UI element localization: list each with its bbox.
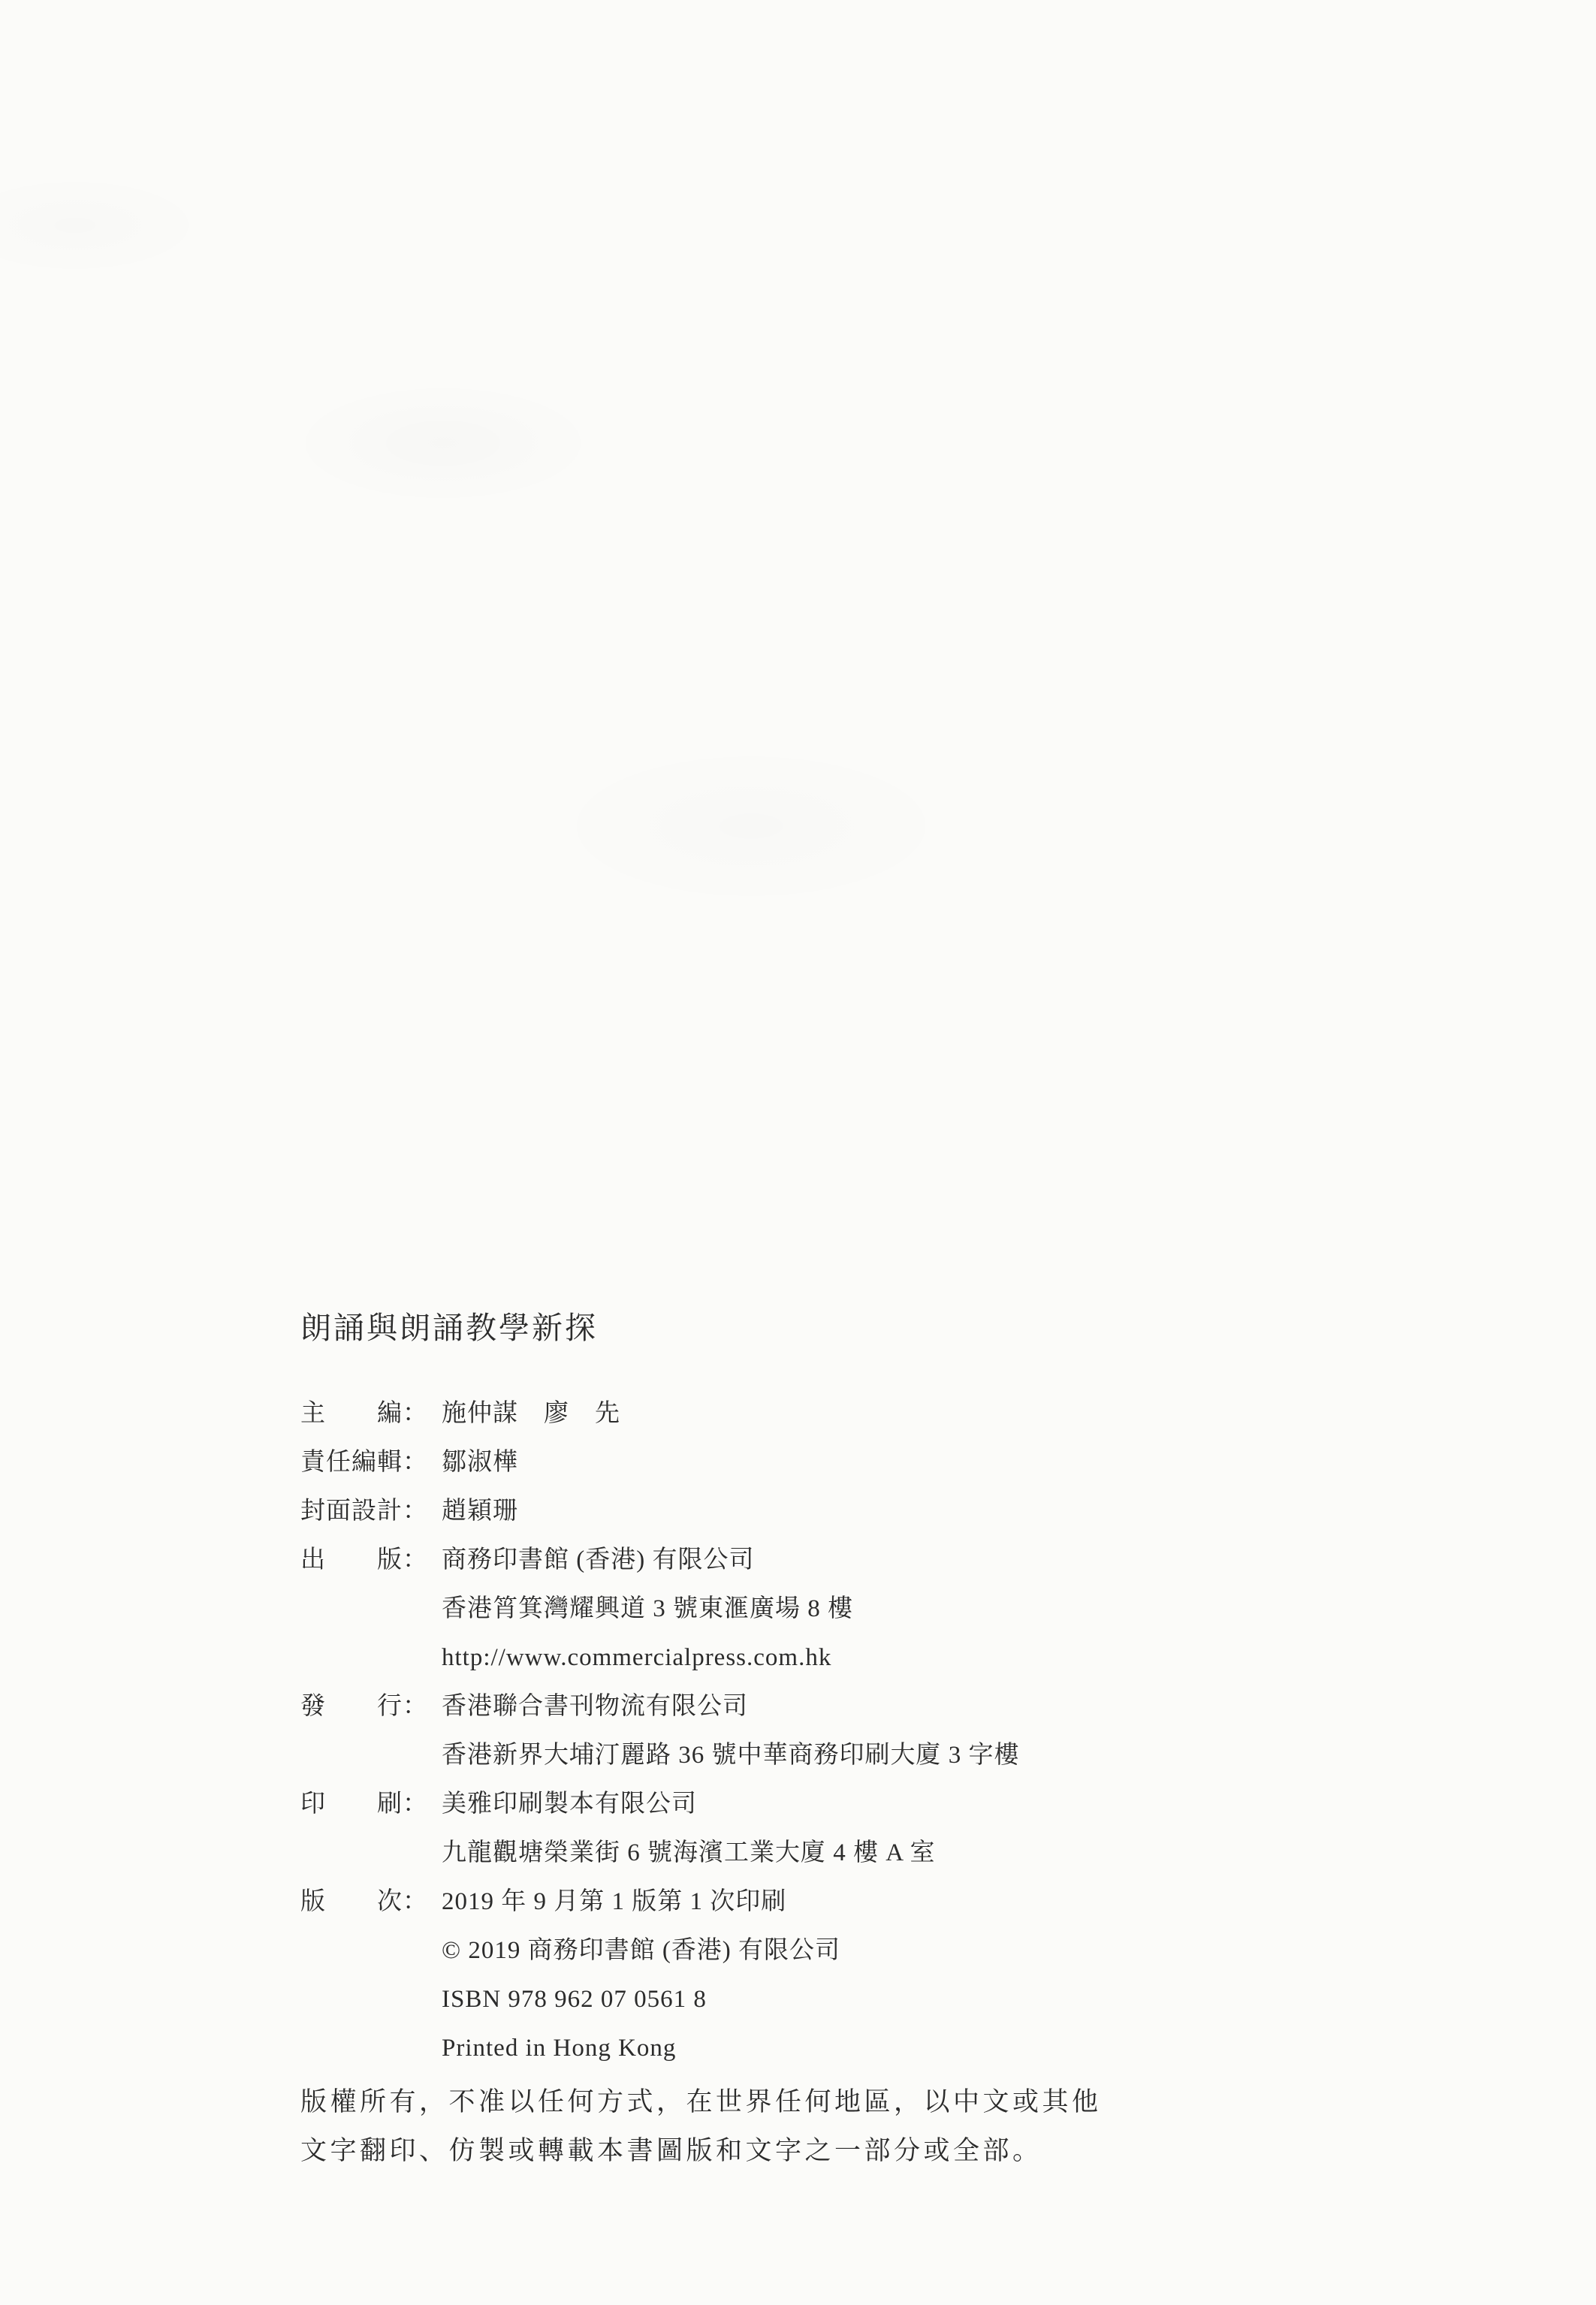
colophon-value: 商務印書館 (香港) 有限公司: [442, 1536, 754, 1585]
colophon-row-printer: 印 刷： 美雅印刷製本有限公司: [300, 1780, 1427, 1829]
colophon-value: Printed in Hong Kong: [442, 2024, 676, 2073]
colophon-row-executive-editor: 責任編輯： 鄒淑樺: [300, 1438, 1427, 1487]
colophon-row-printer-address: 九龍觀塘榮業街 6 號海濱工業大廈 4 樓 A 室: [300, 1829, 1427, 1878]
colophon-value: 趙穎珊: [442, 1487, 518, 1536]
colophon-label: 主 編：: [300, 1389, 430, 1438]
colophon-label: 責任編輯：: [300, 1438, 430, 1487]
colophon-value: © 2019 商務印書館 (香港) 有限公司: [442, 1926, 840, 1975]
colophon-row-chief-editor: 主 編： 施仲謀 廖 先: [300, 1389, 1427, 1438]
colophon-value: 香港新界大埔汀麗路 36 號中華商務印刷大廈 3 字樓: [442, 1731, 1020, 1780]
colophon-row-cover-design: 封面設計： 趙穎珊: [300, 1487, 1427, 1536]
colophon-label: 版 次：: [300, 1878, 430, 1926]
colophon-label: 印 刷：: [300, 1780, 430, 1829]
colophon-row-publisher-url: http://www.commercialpress.com.hk: [300, 1634, 1427, 1682]
colophon-value: 2019 年 9 月第 1 版第 1 次印刷: [442, 1878, 786, 1926]
colophon-row-publisher: 出 版： 商務印書館 (香港) 有限公司: [300, 1536, 1427, 1585]
book-title: 朗誦與朗誦教學新探: [300, 1303, 598, 1347]
colophon-row-copyright-year: © 2019 商務印書館 (香港) 有限公司: [300, 1926, 1427, 1975]
colophon-row-distributor: 發 行： 香港聯合書刊物流有限公司: [300, 1682, 1427, 1731]
colophon-row-printed-in: Printed in Hong Kong: [300, 2024, 1427, 2073]
book-colophon-page: 朗誦與朗誦教學新探 主 編： 施仲謀 廖 先 責任編輯： 鄒淑樺 封面設計： 趙…: [0, 0, 1596, 2305]
colophon-row-edition: 版 次： 2019 年 9 月第 1 版第 1 次印刷: [300, 1878, 1427, 1926]
colophon-value: 鄒淑樺: [442, 1438, 518, 1487]
colophon-label: 出 版：: [300, 1536, 430, 1585]
copyright-notice: 版權所有，不准以任何方式，在世界任何地區，以中文或其他 文字翻印、仿製或轉載本書…: [300, 2077, 1232, 2175]
colophon-row-publisher-address: 香港筲箕灣耀興道 3 號東滙廣場 8 樓: [300, 1585, 1427, 1634]
copyright-notice-line1: 版權所有，不准以任何方式，在世界任何地區，以中文或其他: [300, 2077, 1232, 2126]
colophon-block: 主 編： 施仲謀 廖 先 責任編輯： 鄒淑樺 封面設計： 趙穎珊 出 版： 商務…: [300, 1389, 1427, 2073]
colophon-value: 施仲謀 廖 先: [442, 1389, 620, 1438]
colophon-row-isbn: ISBN 978 962 07 0561 8: [300, 1975, 1427, 2024]
colophon-label: 封面設計：: [300, 1487, 430, 1536]
copyright-notice-line2: 文字翻印、仿製或轉載本書圖版和文字之一部分或全部。: [300, 2126, 1232, 2175]
colophon-value: 美雅印刷製本有限公司: [442, 1780, 697, 1829]
colophon-value: 香港聯合書刊物流有限公司: [442, 1682, 748, 1731]
colophon-label: 發 行：: [300, 1682, 430, 1731]
colophon-value: 香港筲箕灣耀興道 3 號東滙廣場 8 樓: [442, 1585, 853, 1634]
isbn-text: ISBN 978 962 07 0561 8: [442, 1975, 707, 2024]
colophon-row-distributor-address: 香港新界大埔汀麗路 36 號中華商務印刷大廈 3 字樓: [300, 1731, 1427, 1780]
publisher-url-text: http://www.commercialpress.com.hk: [442, 1634, 831, 1682]
colophon-value: 九龍觀塘榮業街 6 號海濱工業大廈 4 樓 A 室: [442, 1829, 936, 1878]
